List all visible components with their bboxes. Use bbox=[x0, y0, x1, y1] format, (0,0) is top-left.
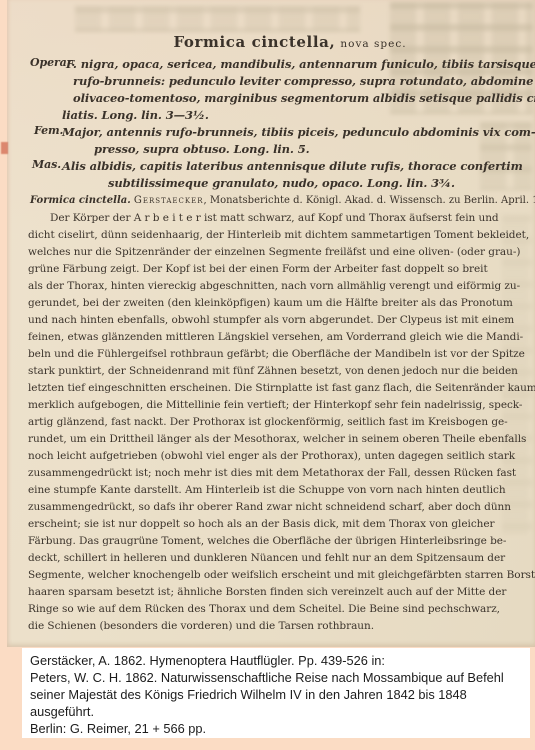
body-line: welches nur die Spitzenränder der einzel… bbox=[28, 244, 527, 261]
body-line: grüne Färbung zeigt. Der Kopf ist bei de… bbox=[28, 261, 527, 278]
reference-author: Gerstaecker bbox=[134, 195, 204, 206]
citation-line: seiner Majestät des Königs Friedrich Wil… bbox=[30, 686, 530, 703]
body-line: artig glänzend, fast nackt. Der Prothora… bbox=[28, 414, 527, 431]
diagnosis-line: subtilissimeque granulato, nudo, opaco. … bbox=[108, 175, 527, 192]
species-name: Formica cinctella, bbox=[173, 33, 335, 51]
diagnosis-line: rufo-brunneis: pedunculo leviter compres… bbox=[73, 73, 527, 90]
body-line: Der Körper der A r b e i t e r ist matt … bbox=[28, 210, 527, 227]
body-line: erscheint; sie ist nur doppelt so hoch a… bbox=[28, 516, 527, 533]
species-status: nova spec. bbox=[340, 38, 406, 50]
bibliographic-citation-box: Gerstäcker, A. 1862. Hymenoptera Hautflü… bbox=[22, 648, 530, 738]
body-line: beln und die Fühlergeifsel rothbraun gef… bbox=[28, 346, 527, 363]
body-line: deckt, schillert in helleren und dunkler… bbox=[28, 550, 527, 567]
body-line: noch leicht aufgetrieben (obwohl viel en… bbox=[28, 448, 527, 465]
citation-line: Peters, W. C. H. 1862. Naturwissenschaft… bbox=[30, 669, 530, 686]
body-line: die Schienen (besonders die vorderen) un… bbox=[28, 618, 527, 635]
diagnosis-line: liatis. Long. lin. 3—3½. bbox=[62, 107, 527, 124]
diagnosis-line: Alis albidis, capitis lateribus antennis… bbox=[62, 158, 527, 175]
caste-label-female: Fem. bbox=[34, 124, 63, 137]
synonymy-reference: Formica cinctella. Gerstaecker, Monatsbe… bbox=[30, 192, 527, 209]
description-paragraph: Der Körper der A r b e i t e r ist matt … bbox=[28, 210, 527, 635]
body-line: gerundet, bei der zweiten (den kleinköpf… bbox=[28, 295, 527, 312]
diagnosis-line: F. nigra, opaca, sericea, mandibulis, an… bbox=[66, 56, 527, 73]
body-line: Segmente, welcher knochengelb oder weifs… bbox=[28, 567, 527, 584]
body-line: als der Thorax, hinten viereckig abgesch… bbox=[28, 278, 527, 295]
citation-line: ausgeführt. bbox=[30, 703, 530, 720]
diagnosis-line: presso, supra obtuso. Long. lin. 5. bbox=[94, 141, 527, 158]
screenshot-root: { "colors":{ "page_bg":"#fbdcc4", "scan_… bbox=[0, 0, 535, 750]
body-line: dicht ciselirt, dünn seidenhaarig, der H… bbox=[28, 227, 527, 244]
caste-label-male: Mas. bbox=[32, 158, 61, 171]
body-line: Ringe so wie auf dem Rücken des Thorax u… bbox=[28, 601, 527, 618]
diagnosis-line: olivaceo-tomentoso, marginibus segmentor… bbox=[73, 90, 527, 107]
body-line: zusammengedrückt ist; noch mehr ist dies… bbox=[28, 465, 527, 482]
scanned-book-page: Formica cinctella, nova spec. Operar. Fe… bbox=[7, 0, 535, 647]
body-line: feinen, etwas glänzenden mittleren Längs… bbox=[28, 329, 527, 346]
citation-line: Berlin: G. Reimer, 21 + 566 pp. bbox=[30, 720, 530, 737]
body-line: haaren sparsam besetzt ist; ähnliche Bor… bbox=[28, 584, 527, 601]
body-line: rundet, um ein Drittheil länger als der … bbox=[28, 431, 527, 448]
body-line: merklich aufgebogen, die Mittellinie fei… bbox=[28, 397, 527, 414]
body-line: letzten tief eingeschnitten erscheinen. … bbox=[28, 380, 527, 397]
body-line: Färbung. Das graugrüne Toment, welches d… bbox=[28, 533, 527, 550]
species-heading: Formica cinctella, nova spec. bbox=[45, 32, 535, 51]
margin-red-mark bbox=[1, 142, 8, 154]
body-line: stark punktirt, der Schneidenrand mit fü… bbox=[28, 363, 527, 380]
caste-label-worker: Operar. bbox=[30, 56, 75, 69]
latin-diagnosis: Operar. Fem. Mas. F. nigra, opaca, seric… bbox=[28, 56, 527, 209]
body-line: und nach hinten ebenfalls, obwohl stumpf… bbox=[28, 312, 527, 329]
reference-source: , Monatsberichte d. Königl. Akad. d. Wis… bbox=[204, 195, 535, 206]
body-line: zusammengedrückt, so dafs ihr oberer Ran… bbox=[28, 499, 527, 516]
diagnosis-line: Major, antennis rufo-brunneis, tibiis pi… bbox=[62, 124, 527, 141]
citation-line: Gerstäcker, A. 1862. Hymenoptera Hautflü… bbox=[30, 652, 530, 669]
bleedthrough-smudge bbox=[75, 6, 360, 32]
body-line: eine stumpfe Kante darstellt. Am Hinterl… bbox=[28, 482, 527, 499]
reference-species: Formica cinctella. bbox=[30, 195, 131, 206]
